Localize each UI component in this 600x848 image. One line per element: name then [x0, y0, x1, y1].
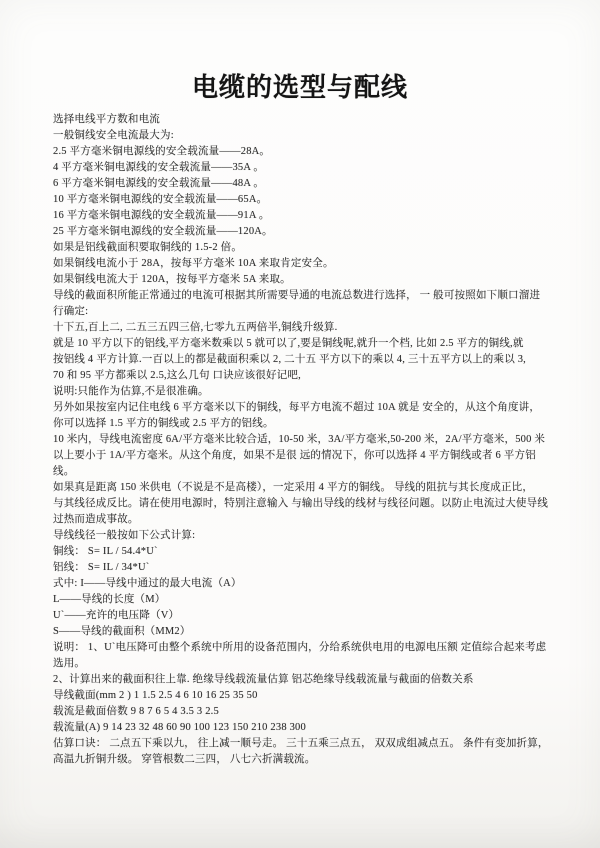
doc-line: 就是 10 平方以下的铝线,平方毫米数乘以 5 就可以了,要是铜线呢,就升一个档… — [53, 336, 553, 352]
doc-line: 70 和 95 平方都乘以 2.5,这么几句 口诀应该很好记吧, — [53, 368, 553, 384]
doc-line: 以上要小于 1A/平方毫米。从这个角度，如果不是很 远的情况下，你可以选择 4 … — [53, 448, 553, 464]
doc-line: 载流量(A) 9 14 23 32 48 60 90 100 123 150 2… — [53, 720, 553, 736]
doc-line: 与其线径成反比。请在使用电源时，特别注意输入 与输出导线的线材与线径问题。以防止… — [53, 496, 553, 512]
doc-line: 十下五,百上二, 二五三五四三倍,七零九五两倍半,铜线升级算. — [53, 320, 553, 336]
doc-line: 如果铜线电流大于 120A，按每平方毫米 5A 来取。 — [53, 272, 553, 288]
doc-line: 另外如果按室内记住电线 6 平方毫米以下的铜线，每平方电流不超过 10A 就是 … — [53, 400, 553, 416]
doc-line: 你可以选择 1.5 平方的铜线或 2.5 平方的铝线。 — [53, 416, 553, 432]
doc-line: 估算口诀： 二点五下乘以九， 往上减一顺号走。 三十五乘三点五， 双双成组减点五… — [53, 736, 553, 752]
doc-line: 10 米内，导线电流密度 6A/平方毫米比较合适，10-50 米，3A/平方毫米… — [53, 432, 553, 448]
doc-line: 按铝线 4 平方计算.一百以上的都是截面积乘以 2, 二十五 平方以下的乘以 4… — [53, 352, 553, 368]
doc-line: 导线的截面积所能正常通过的电流可根据其所需要导通的电流总数进行选择， 一 般可按… — [53, 288, 553, 304]
doc-line: 6 平方毫米铜电源线的安全载流量——48A 。 — [53, 176, 553, 192]
doc-line: 线。 — [53, 464, 553, 480]
doc-line: 2、计算出来的截面积往上靠. 绝缘导线载流量估算 铝芯绝缘导线载流量与截面的倍数… — [53, 672, 553, 688]
doc-line: 一般铜线安全电流最大为: — [53, 128, 553, 144]
doc-line: 选用。 — [53, 656, 553, 672]
doc-line: 铝线： S= IL / 34*U` — [53, 560, 553, 576]
doc-line: 10 平方毫米铜电源线的安全载流量——65A。 — [53, 192, 553, 208]
doc-line: 4 平方毫米铜电源线的安全载流量——35A 。 — [53, 160, 553, 176]
doc-line: 行确定: — [53, 304, 553, 320]
doc-line: 选择电线平方数和电流 — [53, 112, 553, 128]
doc-line: 导线截面(mm 2 ) 1 1.5 2.5 4 6 10 16 25 35 50 — [53, 688, 553, 704]
doc-line: 式中: I——导线中通过的最大电流（A） — [53, 576, 553, 592]
doc-line: L——导线的长度（M） — [53, 592, 553, 608]
doc-line: 过热而造成事故。 — [53, 512, 553, 528]
doc-line: 载流是截面倍数 9 8 7 6 5 4 3.5 3 2.5 — [53, 704, 553, 720]
doc-line: 如果真是距离 150 米供电（不说是不是高楼），一定采用 4 平方的铜线。 导线… — [53, 480, 553, 496]
doc-line: 如果铜线电流小于 28A，按每平方毫米 10A 来取肯定安全。 — [53, 256, 553, 272]
doc-line: 说明:只能作为估算,不是很准确。 — [53, 384, 553, 400]
doc-line: 说明： 1、U`电压降可由整个系统中所用的设备范围内，分给系统供电用的电源电压额… — [53, 640, 553, 656]
document-title: 电缆的选型与配线 — [0, 72, 600, 104]
document-page: 电缆的选型与配线 选择电线平方数和电流一般铜线安全电流最大为:2.5 平方毫米铜… — [0, 0, 600, 848]
doc-line: 导线线径一般按如下公式计算: — [53, 528, 553, 544]
document-body: 选择电线平方数和电流一般铜线安全电流最大为:2.5 平方毫米铜电源线的安全载流量… — [53, 112, 553, 768]
doc-line: 铜线： S= IL / 54.4*U` — [53, 544, 553, 560]
doc-line: 2.5 平方毫米铜电源线的安全载流量——28A。 — [53, 144, 553, 160]
doc-line: U`——充许的电压降（V） — [53, 608, 553, 624]
doc-line: 16 平方毫米铜电源线的安全载流量——91A 。 — [53, 208, 553, 224]
doc-line: 高温九折铜升级。 穿管根数二三四， 八七六折满载流。 — [53, 752, 553, 768]
doc-line: S——导线的截面积（MM2） — [53, 624, 553, 640]
doc-line: 25 平方毫米铜电源线的安全载流量——120A。 — [53, 224, 553, 240]
doc-line: 如果是铝线截面积要取铜线的 1.5-2 倍。 — [53, 240, 553, 256]
